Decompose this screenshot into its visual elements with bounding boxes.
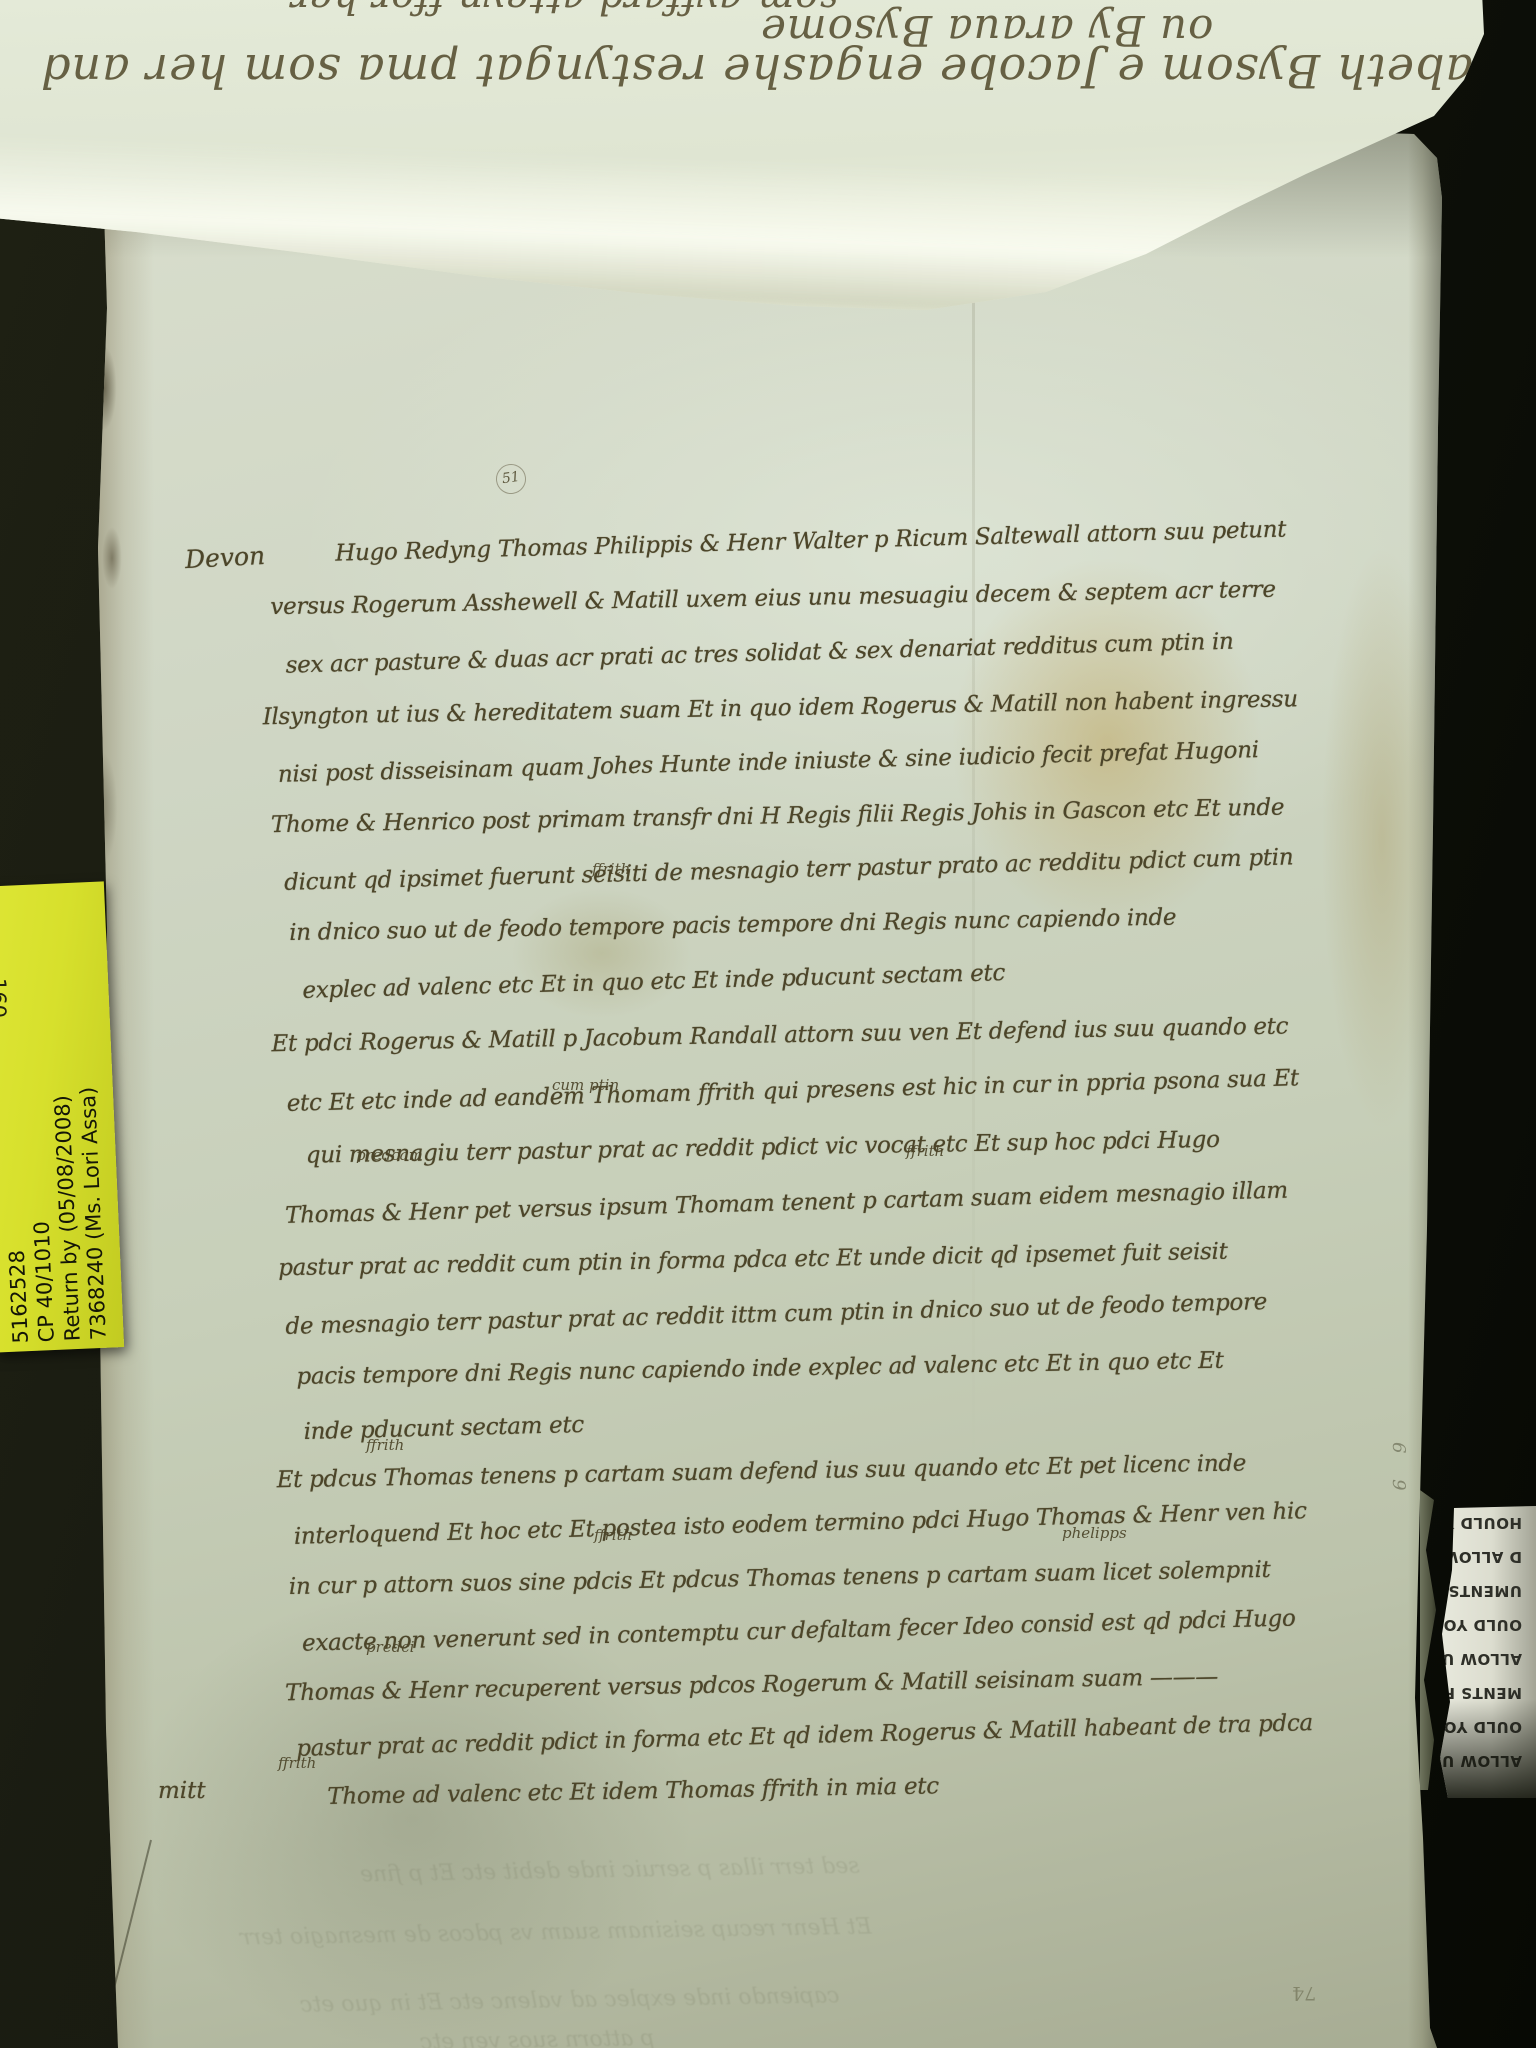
manuscript-line: Et pdcus Thomas tenens p cartam suam def… <box>276 1450 1246 1493</box>
manuscript-line: Thome & Henrico post primam transfr dni … <box>271 794 1285 838</box>
interlinear-word: cum ptin <box>552 1076 619 1094</box>
torn-edge <box>1420 1490 1440 1790</box>
manuscript-line: Et pdci Rogerus & Matill p Jacobum Randa… <box>271 1013 1288 1057</box>
interlinear-word: ffrith <box>592 860 630 878</box>
membrane-script-line: ou By araua Bysome <box>760 6 1213 55</box>
archive-photo: 51 Devon mitt Hugo Redyng Thomas Philipp… <box>0 0 1536 2048</box>
margin-county: Devon <box>184 541 266 574</box>
archive-label: 5162528 CP 40/1010 Return by (05/08/2008… <box>0 881 124 1352</box>
archive-label-text: 5162528 CP 40/1010 Return by (05/08/2008… <box>0 890 112 1344</box>
manuscript-line: Thomas & Henr pet versus ipsum Thomam te… <box>285 1178 1288 1229</box>
interlinear-word: ffrith <box>906 1142 944 1160</box>
interlinear-word: ffrith <box>594 1526 632 1544</box>
paper-slips: ALLOW US OULD YOU I MENTS FO ALLOW US OU… <box>1438 1506 1536 1798</box>
slip-text-line: D ALLOW U <box>1438 1540 1522 1574</box>
manuscript-line: pastur prat ac reddit cum ptin in forma … <box>278 1239 1228 1282</box>
slip-text-line: ALLOW US <box>1438 1642 1522 1676</box>
ghost-text-line: p attorn suos ven etc <box>420 2026 655 2048</box>
manuscript-text: Hugo Redyng Thomas Philippis & Henr Walt… <box>265 522 1145 540</box>
manuscript-line: Thomas & Henr recuperent versus pdcos Ro… <box>285 1664 1218 1706</box>
stain <box>512 888 692 1018</box>
stain <box>132 1588 692 2048</box>
manuscript-line: dicunt qd ipsimet fuerunt seisiti de mes… <box>284 844 1294 896</box>
edge-scribble: 6 9 <box>1388 1442 1409 1501</box>
slip-text-line: OULD YOU <box>1438 1608 1522 1642</box>
interlinear-word: phelipps <box>1062 1524 1127 1542</box>
manuscript-line: Ilsyngton ut ius & hereditatem suam Et i… <box>262 686 1297 730</box>
manuscript-line: in dnico suo ut de feodo tempore pacis t… <box>289 905 1176 946</box>
manuscript-line: qui mesnagiu terr pastur prat ac reddit … <box>306 1127 1220 1169</box>
manuscript-line: inde pducunt sectam etc <box>303 1412 584 1445</box>
slip-text-line: UMENTS F <box>1438 1574 1522 1608</box>
ghost-text-line: sed terr illas p seruic inde debit etc E… <box>360 1854 860 1888</box>
manuscript-line: pacis tempore dni Regis nunc capiendo in… <box>296 1348 1224 1390</box>
manuscript-line: pastur prat ac reddit pdict in forma etc… <box>296 1710 1313 1762</box>
manuscript-line: Thome ad valenc etc Et idem Thomas ffrit… <box>327 1773 939 1810</box>
manuscript-line: versus Rogerum Asshewell & Matill uxem e… <box>270 577 1276 621</box>
manuscript-line: exacte non venerunt sed in contemptu cur… <box>302 1605 1296 1656</box>
interlinear-word: predci <box>366 1638 414 1656</box>
interlinear-word: ffrith <box>278 1754 316 1772</box>
manuscript-line: de mesnagio terr pastur prat ac reddit i… <box>285 1289 1267 1340</box>
manuscript-line: interloquend Et hoc etc Et postea isto e… <box>294 1498 1307 1550</box>
label-side-number: 160 <box>0 978 10 1018</box>
interlinear-word: ffrith <box>366 1436 404 1454</box>
manuscript-line: sex acr pasture & duas acr prati ac tres… <box>285 629 1234 679</box>
ghost-text-line: capiendo inde explec ad valenc etc Et in… <box>300 1983 840 2017</box>
margin-note: mitt <box>158 1778 206 1804</box>
paper-slips-text: ALLOW US OULD YOU I MENTS FO ALLOW US OU… <box>1438 1506 1536 1782</box>
folio-mark: 51 <box>494 462 528 496</box>
slip-text-line: OULD YOU I <box>1438 1710 1522 1744</box>
manuscript-line: nisi post disseisinam quam Johes Hunte i… <box>278 737 1259 788</box>
membrane-number: 74 <box>1292 1982 1316 2004</box>
manuscript-page: 51 Devon mitt Hugo Redyng Thomas Philipp… <box>92 128 1444 2048</box>
membrane-script-line: som gyffard atteyn ffor her <box>290 0 839 22</box>
manuscript-line: Hugo Redyng Thomas Philippis & Henr Walt… <box>335 517 1287 567</box>
interlinear-word: predcam <box>356 1146 423 1164</box>
manuscript-line: in cur p attorn suos sine pdcis Et pdcus… <box>289 1557 1271 1600</box>
manuscript-line: explec ad valenc etc Et in quo etc Et in… <box>302 960 1005 1004</box>
slip-text-line: MENTS FO <box>1438 1676 1522 1710</box>
slip-text-line: HOULD YOU <box>1438 1506 1522 1540</box>
ghost-text-line: Et Henr recup seisinam suam vs pdcos de … <box>240 1914 872 1950</box>
manuscript-line: etc Et etc inde ad eandem Thomam ffrith … <box>286 1065 1299 1117</box>
slip-text-line: ALLOW US <box>1438 1744 1522 1778</box>
